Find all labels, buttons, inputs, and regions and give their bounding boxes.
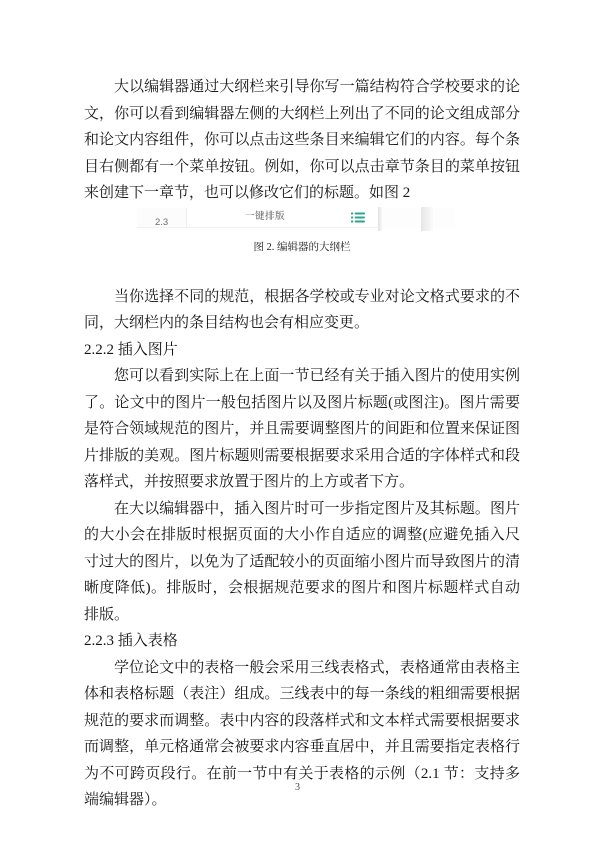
heading-insert-table: 2.2.3 插入表格 — [84, 628, 520, 655]
paragraph-image-layout: 在大以编辑器中，插入图片时可一步指定图片及其标题。图片的大小会在排版时根据页面的… — [84, 496, 520, 629]
embed-section-number: 2.3 — [137, 213, 168, 232]
paragraph-spec-note: 当你选择不同的规范，根据各学校或专业对论文格式要求的不同，大纲栏内的条目结构也会… — [84, 284, 520, 337]
paragraph-image-usage: 您可以看到实际上在上面一节已经有关于插入图片的使用实例了。论文中的图片一般包括图… — [84, 363, 520, 496]
paragraph-outline-intro: 大以编辑器通过大纲栏来引导你写一篇结构符合学校要求的论文，你可以看到编辑器左侧的… — [84, 74, 520, 207]
page-content: 大以编辑器通过大纲栏来引导你写一篇结构符合学校要求的论文，你可以看到编辑器左侧的… — [0, 0, 595, 814]
figure-caption: 图 2. 编辑器的大纲栏 — [84, 241, 520, 255]
embed-faded-edge — [378, 207, 382, 231]
embed-toolbar-cell: 一键排版 — [187, 208, 379, 228]
embed-button-label: 一键排版 — [245, 204, 285, 231]
figure-image-outline-bar: 2.3 一键排版 — [137, 208, 455, 228]
list-icon — [351, 212, 365, 223]
heading-insert-image: 2.2.2 插入图片 — [84, 337, 520, 364]
embed-section-cell: 2.3 — [137, 208, 187, 228]
embed-faded-edge — [421, 207, 433, 231]
page-number: 3 — [0, 782, 595, 793]
document-page: 大以编辑器通过大纲栏来引导你写一篇结构符合学校要求的论文，你可以看到编辑器左侧的… — [0, 0, 595, 814]
